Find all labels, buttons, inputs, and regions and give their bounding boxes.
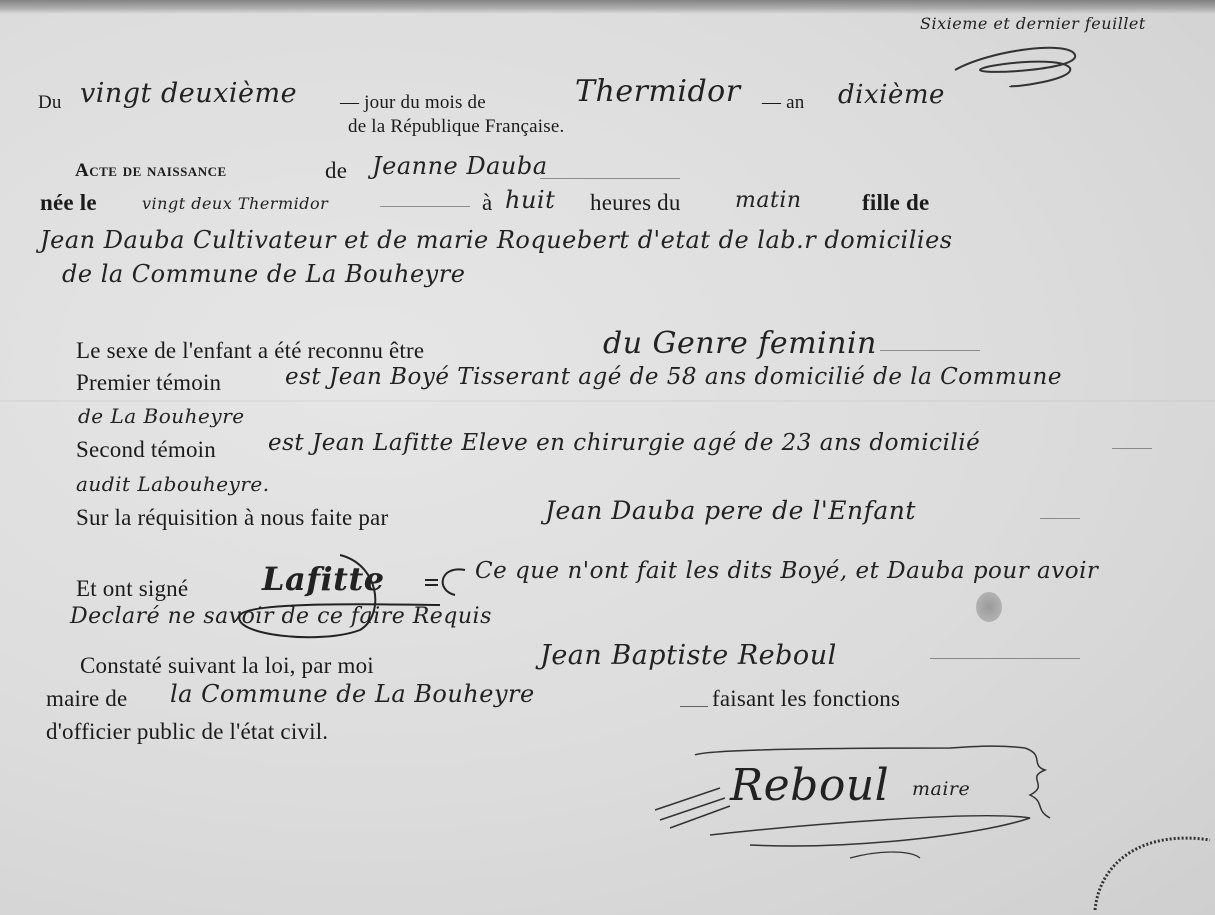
- signature-note-line-2: Declaré ne savoir de ce faire Requis: [70, 604, 492, 629]
- maire-commune: la Commune de La Bouheyre: [170, 680, 535, 708]
- header-republic: de la République Française.: [348, 116, 564, 138]
- signe-label: Et ont signé: [76, 576, 188, 602]
- birth-date: vingt deux Thermidor: [142, 194, 328, 213]
- officier-label: d'officier public de l'état civil.: [46, 719, 328, 745]
- acte-de: de: [325, 158, 347, 184]
- second-temoin-line-2: audit Labouheyre.: [76, 472, 270, 496]
- margin-flourish: [950, 40, 1090, 90]
- heures-du: heures du: [590, 190, 681, 216]
- sexe-label: Le sexe de l'enfant a été reconnu être: [76, 338, 424, 364]
- mayor-signature-title: maire: [912, 778, 970, 800]
- premier-temoin-label: Premier témoin: [76, 370, 221, 396]
- nee-le: née le: [40, 190, 97, 216]
- fill-line: [1040, 518, 1080, 519]
- a-label: à: [482, 190, 492, 216]
- signature-note-line-1: Ce que n'ont fait les dits Boyé, et Daub…: [475, 558, 1098, 584]
- fill-line: [540, 178, 680, 179]
- second-temoin-line-1: est Jean Lafitte Eleve en chirurgie agé …: [268, 430, 980, 456]
- birth-certificate-page: Sixieme et dernier feuillet Du vingt deu…: [0, 0, 1215, 915]
- fill-line: [380, 206, 470, 207]
- second-temoin-label: Second témoin: [76, 437, 216, 463]
- header-du: Du: [38, 92, 62, 114]
- sexe-value: du Genre feminin: [603, 326, 877, 361]
- header-jour: — jour du mois de: [340, 92, 486, 114]
- header-year: dixième: [838, 80, 945, 110]
- fille-de: fille de: [862, 190, 929, 216]
- ink-blot: [976, 592, 1002, 622]
- child-name: Jeanne Dauba: [372, 152, 548, 180]
- header-day: vingt deuxième: [80, 78, 297, 109]
- parents-line-2: de la Commune de La Bouheyre: [62, 260, 465, 288]
- mayor-signature-name: Reboul: [730, 760, 889, 811]
- birth-hour: huit: [505, 186, 555, 214]
- header-month: Thermidor: [575, 74, 741, 109]
- fill-line: [680, 706, 708, 707]
- birth-period: matin: [735, 188, 802, 213]
- maire-de-label: maire de: [46, 686, 127, 712]
- fill-line: [880, 350, 980, 351]
- acte-label: Acte de naissance: [75, 160, 227, 182]
- torn-edge: [0, 0, 1215, 14]
- premier-temoin-line-2: de La Bouheyre: [78, 404, 245, 428]
- fill-line: [1112, 448, 1152, 449]
- officer-name: Jean Baptiste Reboul: [540, 640, 837, 671]
- margin-note: Sixieme et dernier feuillet: [920, 14, 1146, 33]
- parents-line-1: Jean Dauba Cultivateur et de marie Roque…: [40, 226, 953, 254]
- requisition-value: Jean Dauba pere de l'Enfant: [545, 496, 916, 525]
- header-an: — an: [762, 92, 804, 114]
- faisant-label: faisant les fonctions: [712, 686, 900, 712]
- paper-crease: [0, 400, 1215, 402]
- constate-label: Constaté suivant la loi, par moi: [80, 653, 374, 679]
- fill-line: [930, 658, 1080, 659]
- requisition-label: Sur la réquisition à nous faite par: [76, 505, 388, 531]
- stamp-fragment: [1085, 820, 1215, 915]
- premier-temoin-line-1: est Jean Boyé Tisserant agé de 58 ans do…: [285, 364, 1062, 390]
- signature-flourish: [210, 545, 470, 645]
